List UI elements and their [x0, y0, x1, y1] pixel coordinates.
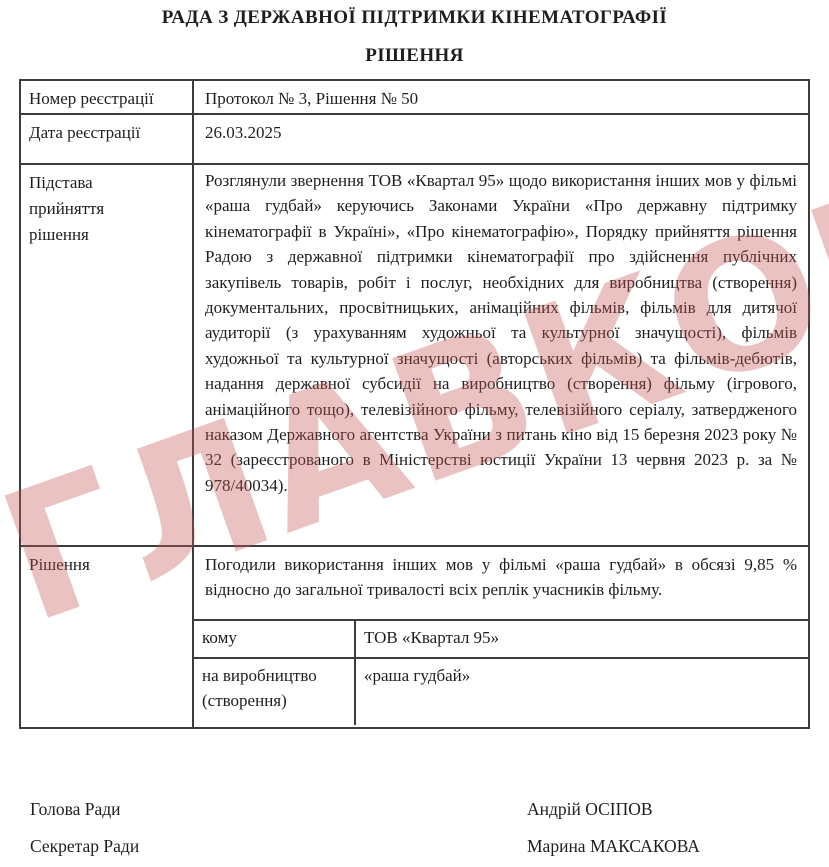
- table-row: Дата реєстрації 26.03.2025: [20, 114, 809, 164]
- decision-details-table: кому ТОВ «Квартал 95» на виробництво (ст…: [194, 619, 808, 725]
- signature-role-secretary: Секретар Ради: [30, 836, 139, 857]
- recipient-value: ТОВ «Квартал 95»: [355, 620, 808, 658]
- production-label-text: на виробництво (створення): [202, 663, 332, 713]
- decision-basis-text: Розглянули звернення ТОВ «Квартал 95» що…: [193, 164, 809, 546]
- registration-number-value: Протокол № 3, Рішення № 50: [193, 80, 809, 114]
- registration-number-label: Номер реєстрації: [20, 80, 193, 114]
- table-row: Номер реєстрації Протокол № 3, Рішення №…: [20, 80, 809, 114]
- recipient-label: кому: [194, 620, 355, 658]
- registration-date-label: Дата реєстрації: [20, 114, 193, 164]
- decision-table: Номер реєстрації Протокол № 3, Рішення №…: [19, 79, 810, 729]
- decision-label: Рішення: [20, 546, 193, 728]
- production-label: на виробництво (створення): [194, 658, 355, 725]
- production-value: «раша гудбай»: [355, 658, 808, 725]
- table-row: кому ТОВ «Квартал 95»: [194, 620, 808, 658]
- signature-name-head: Андрій ОСІПОВ: [527, 799, 653, 820]
- table-row: Рішення Погодили використання інших мов …: [20, 546, 809, 728]
- document-page: РАДА З ДЕРЖАВНОЇ ПІДТРИМКИ КІНЕМАТОГРАФІ…: [0, 0, 829, 867]
- document-subtitle: РІШЕННЯ: [0, 45, 829, 67]
- decision-basis-label: Підстава прийняття рішення: [20, 164, 193, 546]
- table-row: Підстава прийняття рішення Розглянули зв…: [20, 164, 809, 546]
- document-title: РАДА З ДЕРЖАВНОЇ ПІДТРИМКИ КІНЕМАТОГРАФІ…: [0, 7, 829, 29]
- decision-basis-label-text: Підстава прийняття рішення: [29, 170, 141, 248]
- table-row: на виробництво (створення) «раша гудбай»: [194, 658, 808, 725]
- decision-cell: Погодили використання інших мов у фільмі…: [193, 546, 809, 728]
- registration-date-value: 26.03.2025: [193, 114, 809, 164]
- signature-role-head: Голова Ради: [30, 799, 121, 820]
- signature-name-secretary: Марина МАКСАКОВА: [527, 836, 700, 857]
- decision-text: Погодили використання інших мов у фільмі…: [194, 547, 808, 619]
